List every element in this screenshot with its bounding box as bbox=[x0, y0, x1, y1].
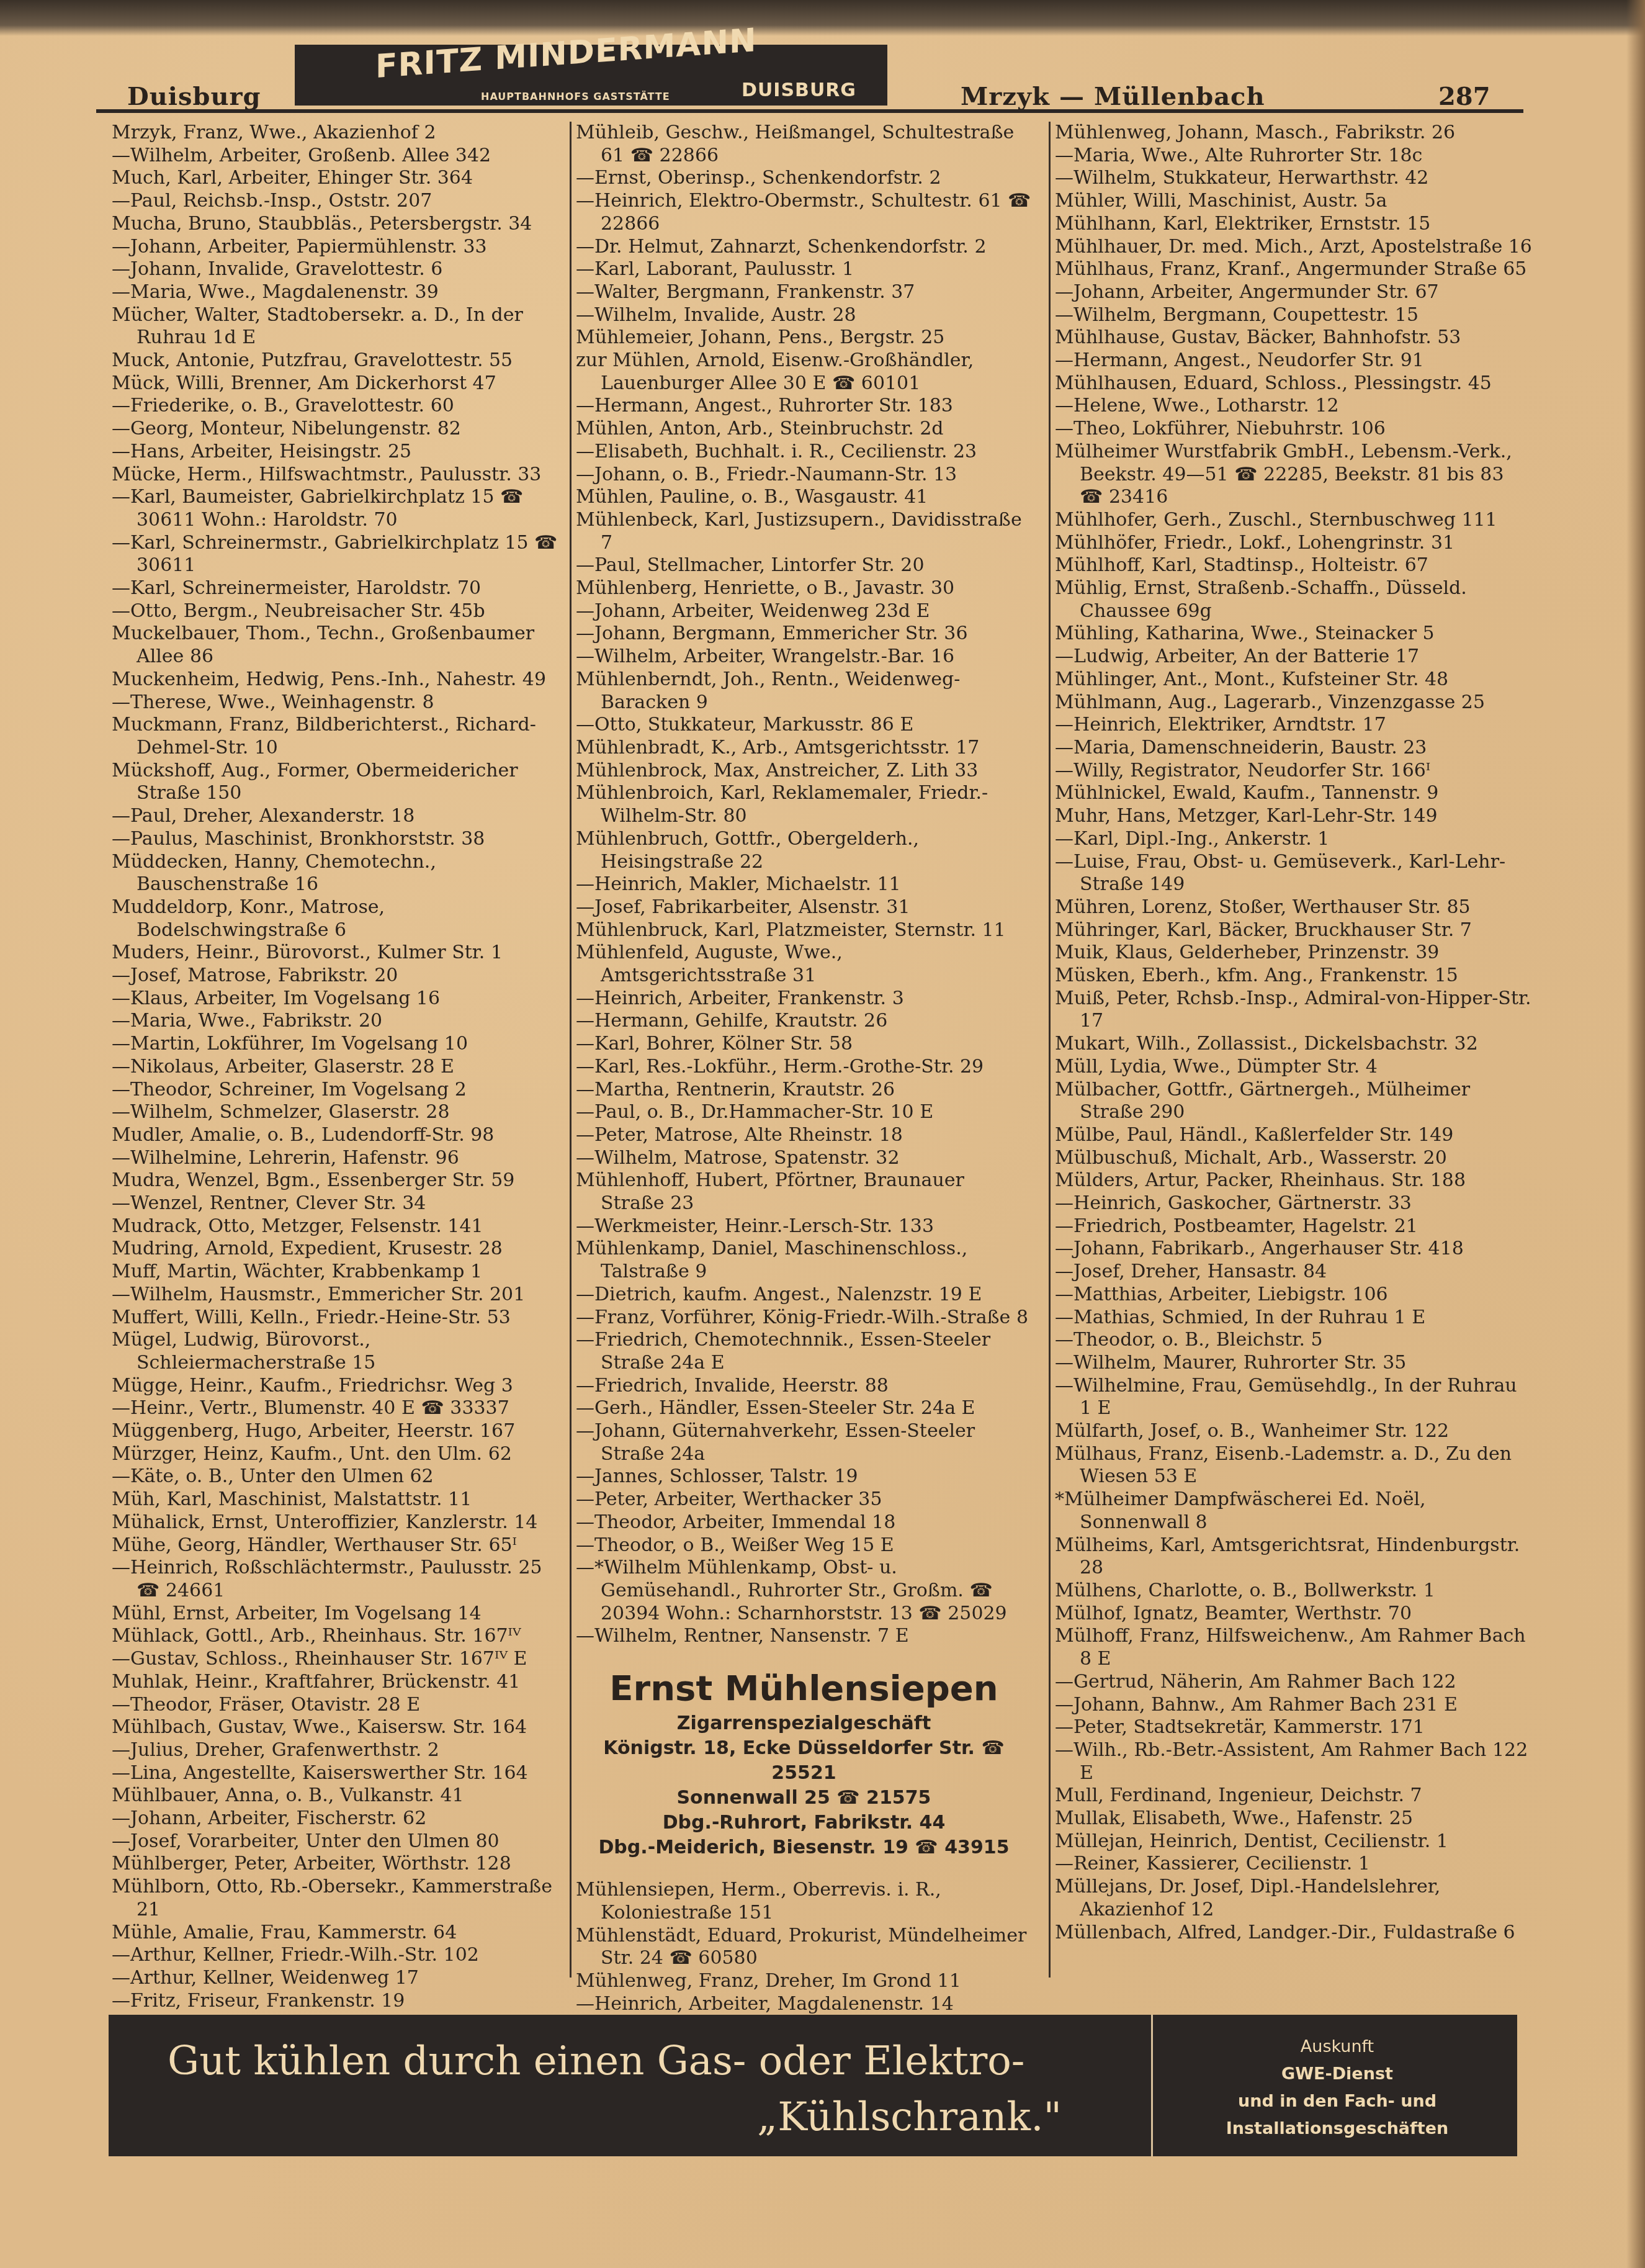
directory-entry: Mülhoff, Franz, Hilfsweichenw., Am Rahme… bbox=[1055, 1625, 1533, 1670]
directory-entry: —Paul, Reichsb.-Insp., Oststr. 207 bbox=[112, 190, 568, 213]
directory-entry: —Peter, Arbeiter, Werthacker 35 bbox=[576, 1488, 1032, 1511]
directory-entry: —Heinr., Vertr., Blumenstr. 40 E ☎ 33337 bbox=[112, 1397, 568, 1420]
directory-entry: —Friedrich, Invalide, Heerstr. 88 bbox=[576, 1375, 1032, 1398]
banner-city: DUISBURG bbox=[742, 79, 856, 101]
directory-entry: Mühlenbrock, Max, Anstreicher, Z. Lith 3… bbox=[576, 760, 1032, 783]
directory-entry: Mück, Willi, Brenner, Am Dickerhorst 47 bbox=[112, 372, 568, 395]
directory-entry: —Fritz, Friseur, Frankenstr. 19 bbox=[112, 1990, 568, 2013]
directory-entry: —Josef, Vorarbeiter, Unter den Ulmen 80 bbox=[112, 1830, 568, 1853]
directory-entry: Muiß, Peter, Rchsb.-Insp., Admiral-von-H… bbox=[1055, 988, 1533, 1033]
directory-entry: —Walter, Bergmann, Frankenstr. 37 bbox=[576, 281, 1032, 304]
directory-entry: —Karl, Baumeister, Gabrielkirchplatz 15 … bbox=[112, 486, 568, 531]
ad-line: Dbg.-Meiderich, Biesenstr. 19 ☎ 43915 bbox=[576, 1835, 1032, 1860]
directory-entry: —*Wilhelm Mühlenkamp, Obst- u. Gemüsehan… bbox=[576, 1557, 1032, 1625]
page-edge-shadow bbox=[0, 0, 1645, 36]
ad-subtitle: Zigarrenspezialgeschäft bbox=[576, 1711, 1032, 1736]
directory-entry: Muhlak, Heinr., Kraftfahrer, Brückenstr.… bbox=[112, 1671, 568, 1694]
directory-entry: Muckmann, Franz, Bildberichterst., Richa… bbox=[112, 714, 568, 759]
directory-entry: Mudring, Arnold, Expedient, Krusestr. 28 bbox=[112, 1238, 568, 1261]
directory-entry: —Theodor, Arbeiter, Immendal 18 bbox=[576, 1511, 1032, 1534]
directory-entry: Muddeldorp, Konr., Matrose, Bodelschwing… bbox=[112, 896, 568, 942]
directory-entry: Mühlig, Ernst, Straßenb.-Schaffn., Düsse… bbox=[1055, 577, 1533, 623]
directory-entry: —Hans, Arbeiter, Heisingstr. 25 bbox=[112, 441, 568, 464]
directory-entry: —Wilhelm, Maurer, Ruhrorter Str. 35 bbox=[1055, 1352, 1533, 1375]
column-2: Mühleib, Geschw., Heißmangel, Schultestr… bbox=[576, 122, 1032, 2015]
info-line: und in den Fach- und bbox=[1157, 2088, 1517, 2115]
directory-entry: —Wilhelm, Stukkateur, Herwarthstr. 42 bbox=[1055, 167, 1533, 190]
directory-entry: Mühren, Lorenz, Stoßer, Werthauser Str. … bbox=[1055, 896, 1533, 919]
directory-entry: —Heinrich, Makler, Michaelstr. 11 bbox=[576, 873, 1032, 896]
column-divider bbox=[1049, 122, 1051, 1978]
directory-entry: —Peter, Stadtsekretär, Kammerstr. 171 bbox=[1055, 1716, 1533, 1739]
directory-entry: Mukart, Wilh., Zollassist., Dickelsbachs… bbox=[1055, 1033, 1533, 1056]
directory-entry: Mühlen, Pauline, o. B., Wasgaustr. 41 bbox=[576, 486, 1032, 509]
directory-entry: —Werkmeister, Heinr.-Lersch-Str. 133 bbox=[576, 1215, 1032, 1238]
footer-ad-info: Auskunft GWE-Dienst und in den Fach- und… bbox=[1157, 2033, 1517, 2143]
ad-line: Dbg.-Ruhrort, Fabrikstr. 44 bbox=[576, 1811, 1032, 1835]
directory-entry: —Karl, Dipl.-Ing., Ankerstr. 1 bbox=[1055, 828, 1533, 851]
directory-entry: Mühlhöfer, Friedr., Lokf., Lohengrinstr.… bbox=[1055, 532, 1533, 555]
directory-entry: Mülbe, Paul, Händl., Kaßlerfelder Str. 1… bbox=[1055, 1124, 1533, 1147]
directory-entry: Mühlhofer, Gerh., Zuschl., Sternbuschweg… bbox=[1055, 509, 1533, 532]
directory-entry: Mülhaus, Franz, Eisenb.-Lademstr. a. D.,… bbox=[1055, 1443, 1533, 1488]
directory-entry: —Georg, Monteur, Nibelungenstr. 82 bbox=[112, 418, 568, 441]
directory-entry: Mürzger, Heinz, Kaufm., Unt. den Ulm. 62 bbox=[112, 1443, 568, 1466]
directory-entry: —Johann, Arbeiter, Weidenweg 23d E bbox=[576, 600, 1032, 623]
directory-entry: —Otto, Stukkateur, Markusstr. 86 E bbox=[576, 714, 1032, 737]
directory-entry: Müllejans, Dr. Josef, Dipl.-Handelslehre… bbox=[1055, 1876, 1533, 1921]
directory-entry: Mülfarth, Josef, o. B., Wanheimer Str. 1… bbox=[1055, 1420, 1533, 1443]
directory-entry: —Johann, Bahnw., Am Rahmer Bach 231 E bbox=[1055, 1694, 1533, 1717]
directory-entry: Mudra, Wenzel, Bgm., Essenberger Str. 59 bbox=[112, 1169, 568, 1192]
footer-ad-divider bbox=[1151, 2015, 1153, 2156]
directory-entry: Mühe, Georg, Händler, Werthauser Str. 65… bbox=[112, 1534, 568, 1557]
directory-entry: —Otto, Bergm., Neubreisacher Str. 45b bbox=[112, 600, 568, 623]
directory-entry: —Martha, Rentnerin, Krautstr. 26 bbox=[576, 1079, 1032, 1102]
directory-entry: —Elisabeth, Buchhalt. i. R., Cecilienstr… bbox=[576, 441, 1032, 464]
directory-entry: —Klaus, Arbeiter, Im Vogelsang 16 bbox=[112, 988, 568, 1010]
directory-entry: Mühlbauer, Anna, o. B., Vulkanstr. 41 bbox=[112, 1784, 568, 1807]
directory-entry: —Friederike, o. B., Gravelottestr. 60 bbox=[112, 395, 568, 418]
directory-entry: —Arthur, Kellner, Friedr.-Wilh.-Str. 102 bbox=[112, 1944, 568, 1967]
directory-entry: —Therese, Wwe., Weinhagenstr. 8 bbox=[112, 691, 568, 714]
directory-entry: Muckelbauer, Thom., Techn., Großenbaumer… bbox=[112, 623, 568, 668]
directory-entry: —Johann, Güternahverkehr, Essen-Steeler … bbox=[576, 1420, 1032, 1465]
directory-entry: Mühlack, Gottl., Arb., Rheinhaus. Str. 1… bbox=[112, 1625, 568, 1648]
directory-entry: Mühringer, Karl, Bäcker, Bruckhauser Str… bbox=[1055, 919, 1533, 942]
directory-entry: —Theodor, o. B., Bleichstr. 5 bbox=[1055, 1329, 1533, 1352]
directory-entry: Mücke, Herm., Hilfswachtmstr., Paulusstr… bbox=[112, 464, 568, 487]
directory-entry: —Wilhelm, Matrose, Spatenstr. 32 bbox=[576, 1147, 1032, 1170]
page-right-edge bbox=[1626, 0, 1645, 2268]
directory-entry: —Hermann, Gehilfe, Krautstr. 26 bbox=[576, 1010, 1032, 1033]
directory-entry: Mülbuschuß, Michalt, Arb., Wasserstr. 20 bbox=[1055, 1147, 1533, 1170]
directory-entry: —Josef, Fabrikarbeiter, Alsenstr. 31 bbox=[576, 896, 1032, 919]
directory-entry: Mühlen, Anton, Arb., Steinbruchstr. 2d bbox=[576, 418, 1032, 441]
directory-entry: —Karl, Schreinermeister, Haroldstr. 70 bbox=[112, 577, 568, 600]
directory-entry: —Theodor, o B., Weißer Weg 15 E bbox=[576, 1534, 1032, 1557]
directory-entry: —Karl, Laborant, Paulusstr. 1 bbox=[576, 258, 1032, 281]
directory-entry: —Gerh., Händler, Essen-Steeler Str. 24a … bbox=[576, 1397, 1032, 1420]
directory-entry: Mühlenbruck, Karl, Platzmeister, Sternst… bbox=[576, 919, 1032, 942]
directory-entry: —Johann, Arbeiter, Papiermühlenstr. 33 bbox=[112, 236, 568, 259]
directory-entry: Mülheims, Karl, Amtsgerichtsrat, Hindenb… bbox=[1055, 1534, 1533, 1580]
directory-entry: —Matthias, Arbeiter, Liebigstr. 106 bbox=[1055, 1284, 1533, 1307]
header-city: Duisburg bbox=[127, 82, 261, 111]
directory-entry: —Paul, o. B., Dr.Hammacher-Str. 10 E bbox=[576, 1101, 1032, 1124]
directory-entry: —Wilhelmine, Frau, Gemüsehdlg., In der R… bbox=[1055, 1375, 1533, 1420]
column-3: Mühlenweg, Johann, Masch., Fabrikstr. 26… bbox=[1055, 122, 1533, 1944]
directory-entry: Mühlenberg, Henriette, o B., Javastr. 30 bbox=[576, 577, 1032, 600]
ad-line: Königstr. 18, Ecke Düsseldorfer Str. ☎ 2… bbox=[576, 1736, 1032, 1786]
header-rule bbox=[96, 109, 1523, 113]
directory-entry: Muckenheim, Hedwig, Pens.-Inh., Nahestr.… bbox=[112, 668, 568, 691]
directory-entry: Mülheimer Wurstfabrik GmbH., Lebensm.-Ve… bbox=[1055, 441, 1533, 509]
directory-entry: —Johann, Fabrikarb., Angerhauser Str. 41… bbox=[1055, 1238, 1533, 1261]
directory-entry: Mühl, Ernst, Arbeiter, Im Vogelsang 14 bbox=[112, 1603, 568, 1626]
directory-entry: Mühlhausen, Eduard, Schloss., Plessingst… bbox=[1055, 372, 1533, 395]
directory-entry: —Johann, Invalide, Gravelottestr. 6 bbox=[112, 258, 568, 281]
directory-entry: —Wilhelm, Arbeiter, Wrangelstr.-Bar. 16 bbox=[576, 646, 1032, 668]
directory-entry: Mügge, Heinr., Kaufm., Friedrichsr. Weg … bbox=[112, 1375, 568, 1398]
directory-entry: —Heinrich, Arbeiter, Frankenstr. 3 bbox=[576, 988, 1032, 1010]
directory-entry: —Friedrich, Chemotechnnik., Essen-Steele… bbox=[576, 1329, 1032, 1374]
directory-entry: —Dietrich, kaufm. Angest., Nalenzstr. 19… bbox=[576, 1284, 1032, 1307]
directory-entry: —Johann, o. B., Friedr.-Naumann-Str. 13 bbox=[576, 464, 1032, 487]
directory-entry: —Heinrich, Roßschlächtermstr., Paulusstr… bbox=[112, 1557, 568, 1602]
directory-entry: —Maria, Wwe., Fabrikstr. 20 bbox=[112, 1010, 568, 1033]
directory-entry: —Paul, Stellmacher, Lintorfer Str. 20 bbox=[576, 554, 1032, 577]
directory-entry: Mrzyk, Franz, Wwe., Akazienhof 2 bbox=[112, 122, 568, 145]
directory-entry: Mühlhauer, Dr. med. Mich., Arzt, Apostel… bbox=[1055, 236, 1533, 259]
header-name-range: Mrzyk — Müllenbach bbox=[961, 82, 1265, 111]
directory-entry: Mücher, Walter, Stadtobersekr. a. D., In… bbox=[112, 304, 568, 349]
directory-entry: —Jannes, Schlosser, Talstr. 19 bbox=[576, 1465, 1032, 1488]
directory-entry: Mudler, Amalie, o. B., Ludendorff-Str. 9… bbox=[112, 1124, 568, 1147]
column-divider bbox=[570, 122, 571, 1978]
directory-entry: Müh, Karl, Maschinist, Malstattstr. 11 bbox=[112, 1488, 568, 1511]
directory-entry: —Wilhelm, Arbeiter, Großenb. Allee 342 bbox=[112, 145, 568, 168]
directory-page: Duisburg FRITZ MINDERMANN HAUPTBAHNHOFS … bbox=[0, 0, 1645, 2268]
directory-entry: —Wilhelm, Invalide, Austr. 28 bbox=[576, 304, 1032, 327]
directory-entry: Mühlenbeck, Karl, Justizsupern., Davidis… bbox=[576, 509, 1032, 554]
directory-entry: —Nikolaus, Arbeiter, Glaserstr. 28 E bbox=[112, 1056, 568, 1079]
directory-entry: —Karl, Bohrer, Kölner Str. 58 bbox=[576, 1033, 1032, 1056]
directory-entry: —Paulus, Maschinist, Bronkhorststr. 38 bbox=[112, 828, 568, 851]
directory-entry: Mullak, Elisabeth, Wwe., Hafenstr. 25 bbox=[1055, 1807, 1533, 1830]
directory-entry: Mühlenbroich, Karl, Reklamemaler, Friedr… bbox=[576, 782, 1032, 827]
column-ad-muehlensiepen: Ernst Mühlensiepen Zigarrenspezialgeschä… bbox=[576, 1667, 1032, 1860]
directory-entry: —Gertrud, Näherin, Am Rahmer Bach 122 bbox=[1055, 1671, 1533, 1694]
directory-entry: —Wilhelm, Bergmann, Coupettestr. 15 bbox=[1055, 304, 1533, 327]
directory-entry: Müggenberg, Hugo, Arbeiter, Heerstr. 167 bbox=[112, 1420, 568, 1443]
directory-entry: —Gustav, Schloss., Rheinhauser Str. 167ᴵ… bbox=[112, 1648, 568, 1671]
banner-subtitle: HAUPTBAHNHOFS GASTSTÄTTE bbox=[481, 91, 670, 102]
directory-entry: Mügel, Ludwig, Bürovorst., Schleiermache… bbox=[112, 1329, 568, 1374]
directory-entry: Mühlenberndt, Joh., Rentn., Weidenweg-Ba… bbox=[576, 668, 1032, 714]
directory-entry: Mühlmann, Aug., Lagerarb., Vinzenzgasse … bbox=[1055, 691, 1533, 714]
directory-entry: Mühlbach, Gustav, Wwe., Kaisersw. Str. 1… bbox=[112, 1716, 568, 1739]
directory-entry: —Arthur, Kellner, Weidenweg 17 bbox=[112, 1967, 568, 1990]
directory-entry: —Mathias, Schmied, In der Ruhrau 1 E bbox=[1055, 1307, 1533, 1330]
directory-entry: Mühlhaus, Franz, Kranf., Angermunder Str… bbox=[1055, 258, 1533, 281]
directory-entry: —Käte, o. B., Unter den Ulmen 62 bbox=[112, 1465, 568, 1488]
column-1: Mrzyk, Franz, Wwe., Akazienhof 2—Wilhelm… bbox=[112, 122, 568, 2035]
directory-entry: —Luise, Frau, Obst- u. Gemüseverk., Karl… bbox=[1055, 851, 1533, 896]
directory-entry: Mudrack, Otto, Metzger, Felsenstr. 141 bbox=[112, 1215, 568, 1238]
directory-entry: —Heinrich, Arbeiter, Magdalenenstr. 14 bbox=[576, 1993, 1032, 2016]
directory-entry: Muders, Heinr., Bürovorst., Kulmer Str. … bbox=[112, 942, 568, 965]
directory-entry: —Reiner, Kassierer, Cecilienstr. 1 bbox=[1055, 1853, 1533, 1876]
directory-entry: *Mülheimer Dampfwäscherei Ed. Noël, Sonn… bbox=[1055, 1488, 1533, 1534]
header-banner-ad: FRITZ MINDERMANN HAUPTBAHNHOFS GASTSTÄTT… bbox=[295, 45, 887, 106]
footer-slogan-line2: „Kühlschrank." bbox=[757, 2094, 1062, 2140]
directory-entry: Mühlhoff, Karl, Stadtinsp., Holteistr. 6… bbox=[1055, 554, 1533, 577]
directory-entry: —Theodor, Schreiner, Im Vogelsang 2 bbox=[112, 1079, 568, 1102]
directory-entry: —Ludwig, Arbeiter, An der Batterie 17 bbox=[1055, 646, 1533, 668]
directory-entry: Mühlinger, Ant., Mont., Kufsteiner Str. … bbox=[1055, 668, 1533, 691]
directory-entry: —Karl, Res.-Lokführ., Herm.-Grothe-Str. … bbox=[576, 1056, 1032, 1079]
directory-entry: —Wilhelm, Rentner, Nansenstr. 7 E bbox=[576, 1625, 1032, 1648]
directory-entry: Mühlhause, Gustav, Bäcker, Bahnhofstr. 5… bbox=[1055, 326, 1533, 349]
directory-entry: Mühler, Willi, Maschinist, Austr. 5a bbox=[1055, 190, 1533, 213]
directory-entry: —Johann, Arbeiter, Fischerstr. 62 bbox=[112, 1807, 568, 1830]
directory-entry: Mühalick, Ernst, Unteroffizier, Kanzlers… bbox=[112, 1511, 568, 1534]
directory-entry: Muck, Antonie, Putzfrau, Gravelottestr. … bbox=[112, 349, 568, 372]
footer-slogan-line1: Gut kühlen durch einen Gas- oder Elektro… bbox=[168, 2038, 1024, 2084]
info-line: GWE-Dienst bbox=[1157, 2061, 1517, 2088]
directory-entry: Mühlenstädt, Eduard, Prokurist, Mündelhe… bbox=[576, 1925, 1032, 1970]
directory-entry: Müll, Lydia, Wwe., Dümpter Str. 4 bbox=[1055, 1056, 1533, 1079]
footer-ad-kuehlschrank: Gut kühlen durch einen Gas- oder Elektro… bbox=[109, 2015, 1517, 2156]
directory-entry: Mühlenfeld, Auguste, Wwe., Amtsgerichtss… bbox=[576, 942, 1032, 987]
info-line: Installationsgeschäften bbox=[1157, 2115, 1517, 2143]
directory-entry: Muff, Martin, Wächter, Krabbenkamp 1 bbox=[112, 1261, 568, 1284]
directory-entry: —Hermann, Angest., Ruhrorter Str. 183 bbox=[576, 395, 1032, 418]
directory-entry: Mucha, Bruno, Staubbläs., Petersbergstr.… bbox=[112, 213, 568, 236]
directory-entry: —Hermann, Angest., Neudorfer Str. 91 bbox=[1055, 349, 1533, 372]
directory-entry: Mühlemeier, Johann, Pens., Bergstr. 25 bbox=[576, 326, 1032, 349]
directory-entry: —Josef, Matrose, Fabrikstr. 20 bbox=[112, 965, 568, 988]
directory-entry: —Theodor, Fräser, Otavistr. 28 E bbox=[112, 1694, 568, 1717]
directory-entry: —Johann, Bergmann, Emmericher Str. 36 bbox=[576, 623, 1032, 646]
directory-entry: —Dr. Helmut, Zahnarzt, Schenkendorfstr. … bbox=[576, 236, 1032, 259]
directory-entry: Mühlborn, Otto, Rb.-Obersekr., Kammerstr… bbox=[112, 1876, 568, 1921]
directory-entry: Mülbacher, Gottfr., Gärtnergeh., Mülheim… bbox=[1055, 1079, 1533, 1124]
info-line: Auskunft bbox=[1157, 2033, 1517, 2061]
directory-entry: —Ernst, Oberinsp., Schenkendorfstr. 2 bbox=[576, 167, 1032, 190]
ad-line: Sonnenwall 25 ☎ 21575 bbox=[576, 1786, 1032, 1811]
directory-entry: —Lina, Angestellte, Kaiserswerther Str. … bbox=[112, 1762, 568, 1785]
directory-entry: Mühling, Katharina, Wwe., Steinacker 5 bbox=[1055, 623, 1533, 646]
directory-entry: Muffert, Willi, Kelln., Friedr.-Heine-St… bbox=[112, 1307, 568, 1330]
directory-entry: Mülders, Artur, Packer, Rheinhaus. Str. … bbox=[1055, 1169, 1533, 1192]
directory-entry: —Maria, Wwe., Magdalenenstr. 39 bbox=[112, 281, 568, 304]
directory-entry: —Wilh., Rb.-Betr.-Assistent, Am Rahmer B… bbox=[1055, 1739, 1533, 1784]
directory-entry: Mückshoff, Aug., Former, Obermeidericher… bbox=[112, 760, 568, 805]
directory-entry: —Theo, Lokführer, Niebuhrstr. 106 bbox=[1055, 418, 1533, 441]
directory-entry: Mülhof, Ignatz, Beamter, Werthstr. 70 bbox=[1055, 1603, 1533, 1626]
directory-entry: Mühlenweg, Franz, Dreher, Im Grond 11 bbox=[576, 1970, 1032, 1993]
directory-entry: —Josef, Dreher, Hansastr. 84 bbox=[1055, 1261, 1533, 1284]
directory-entry: Mühleib, Geschw., Heißmangel, Schultestr… bbox=[576, 122, 1032, 167]
directory-entry: —Martin, Lokführer, Im Vogelsang 10 bbox=[112, 1033, 568, 1056]
directory-entry: —Maria, Wwe., Alte Ruhrorter Str. 18c bbox=[1055, 145, 1533, 168]
directory-entry: —Wilhelm, Hausmstr., Emmericher Str. 201 bbox=[112, 1284, 568, 1307]
directory-entry: Mühlberger, Peter, Arbeiter, Wörthstr. 1… bbox=[112, 1853, 568, 1876]
directory-entry: Mühlenhoff, Hubert, Pförtner, Braunauer … bbox=[576, 1169, 1032, 1215]
directory-entry: —Heinrich, Elektro-Obermstr., Schultestr… bbox=[576, 190, 1032, 235]
directory-entry: —Wenzel, Rentner, Clever Str. 34 bbox=[112, 1192, 568, 1215]
directory-entry: —Friedrich, Postbeamter, Hagelstr. 21 bbox=[1055, 1215, 1533, 1238]
directory-entry: Müllejan, Heinrich, Dentist, Cecilienstr… bbox=[1055, 1830, 1533, 1853]
directory-entry: Muik, Klaus, Gelderheber, Prinzenstr. 39 bbox=[1055, 942, 1533, 965]
directory-entry: —Helene, Wwe., Lotharstr. 12 bbox=[1055, 395, 1533, 418]
directory-entry: Mühlhann, Karl, Elektriker, Ernststr. 15 bbox=[1055, 213, 1533, 236]
directory-entry: Mühle, Amalie, Frau, Kammerstr. 64 bbox=[112, 1922, 568, 1945]
directory-entry: Müddecken, Hanny, Chemotechn., Bauschens… bbox=[112, 851, 568, 896]
directory-entry: Mühlenbradt, K., Arb., Amtsgerichtsstr. … bbox=[576, 737, 1032, 760]
directory-entry: —Willy, Registrator, Neudorfer Str. 166ᴵ bbox=[1055, 760, 1533, 783]
directory-entry: —Paul, Dreher, Alexanderstr. 18 bbox=[112, 805, 568, 828]
directory-entry: —Heinrich, Elektriker, Arndtstr. 17 bbox=[1055, 714, 1533, 737]
directory-entry: —Johann, Arbeiter, Angermunder Str. 67 bbox=[1055, 281, 1533, 304]
directory-entry: Müllenbach, Alfred, Landger.-Dir., Fulda… bbox=[1055, 1922, 1533, 1945]
directory-entry: Mühlenbruch, Gottfr., Obergelderh., Heis… bbox=[576, 828, 1032, 873]
directory-entry: Müsken, Eberh., kfm. Ang., Frankenstr. 1… bbox=[1055, 965, 1533, 988]
directory-entry: Mühlnickel, Ewald, Kaufm., Tannenstr. 9 bbox=[1055, 782, 1533, 805]
directory-entry: —Wilhelm, Schmelzer, Glaserstr. 28 bbox=[112, 1101, 568, 1124]
directory-entry: —Heinrich, Gaskocher, Gärtnerstr. 33 bbox=[1055, 1192, 1533, 1215]
directory-entry: —Maria, Damenschneiderin, Baustr. 23 bbox=[1055, 737, 1533, 760]
directory-entry: Mühlensiepen, Herm., Oberrevis. i. R., K… bbox=[576, 1879, 1032, 1924]
directory-entry: —Karl, Schreinermstr., Gabrielkirchplatz… bbox=[112, 532, 568, 577]
directory-entry: Mülhens, Charlotte, o. B., Bollwerkstr. … bbox=[1055, 1580, 1533, 1603]
directory-entry: zur Mühlen, Arnold, Eisenw.-Großhändler,… bbox=[576, 349, 1032, 395]
directory-entry: —Julius, Dreher, Grafenwerthstr. 2 bbox=[112, 1739, 568, 1762]
directory-entry: Much, Karl, Arbeiter, Ehinger Str. 364 bbox=[112, 167, 568, 190]
directory-entry: —Peter, Matrose, Alte Rheinstr. 18 bbox=[576, 1124, 1032, 1147]
directory-entry: Mühlenkamp, Daniel, Maschinenschloss., T… bbox=[576, 1238, 1032, 1283]
page-number: 287 bbox=[1438, 82, 1490, 111]
directory-entry: Muhr, Hans, Metzger, Karl-Lehr-Str. 149 bbox=[1055, 805, 1533, 828]
directory-entry: —Franz, Vorführer, König-Friedr.-Wilh.-S… bbox=[576, 1307, 1032, 1330]
ad-title: Ernst Mühlensiepen bbox=[576, 1667, 1032, 1711]
directory-entry: —Wilhelmine, Lehrerin, Hafenstr. 96 bbox=[112, 1147, 568, 1170]
directory-entry: Mull, Ferdinand, Ingenieur, Deichstr. 7 bbox=[1055, 1784, 1533, 1807]
directory-entry: Mühlenweg, Johann, Masch., Fabrikstr. 26 bbox=[1055, 122, 1533, 145]
